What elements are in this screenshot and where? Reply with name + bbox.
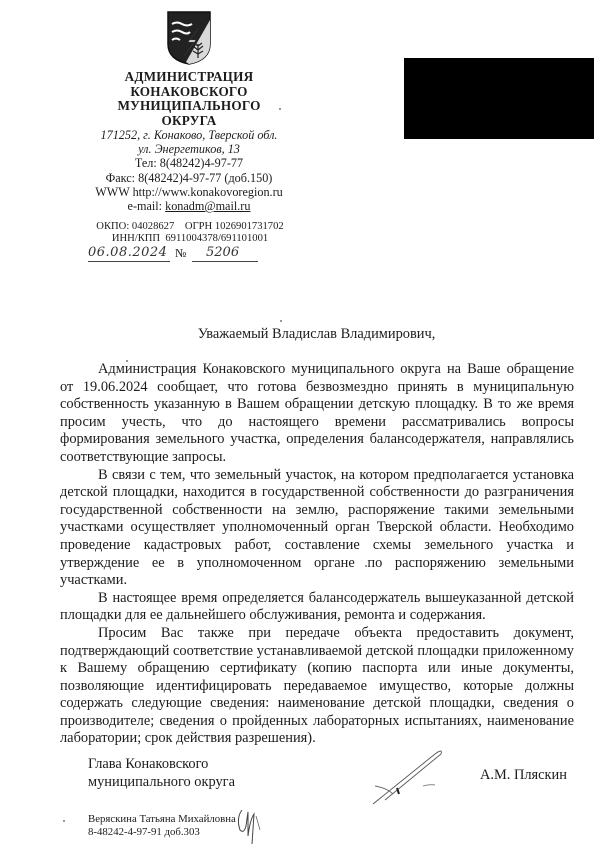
email-line: e-mail: konadm@mail.ru (74, 199, 304, 213)
scan-artifact (97, 580, 99, 582)
paragraph-4: Просим Вас также при передаче объекта пр… (60, 625, 574, 748)
scan-artifact (365, 565, 367, 567)
handwritten-signature-icon (365, 742, 485, 812)
scan-artifact (63, 820, 65, 822)
position-line-2: муниципального округа (88, 773, 235, 791)
executor-info: Веряскина Татьяна Михайловна 8-48242-4-9… (88, 813, 236, 838)
signatory-name: А.М. Пляскин (480, 767, 567, 784)
org-name-line-3: МУНИЦИПАЛЬНОГО (100, 99, 278, 114)
okpo-ogrn: ОКПО: 04028627 ОГРН 1026901731702 (82, 221, 298, 233)
executor-initials-icon (234, 800, 264, 848)
scan-artifact (280, 320, 282, 322)
position-line-1: Глава Конаковского (88, 755, 235, 773)
signatory-position: Глава Конаковского муниципального округа (88, 755, 235, 791)
organization-name: АДМИНИСТРАЦИЯ КОНАКОВСКОГО МУНИЦИПАЛЬНОГ… (100, 70, 278, 128)
email-link[interactable]: konadm@mail.ru (165, 199, 250, 213)
org-name-line-4: ОКРУГА (100, 114, 278, 129)
number-underline (192, 261, 258, 262)
scan-artifact (279, 108, 281, 110)
website: WWW http://www.konakovoregion.ru (74, 185, 304, 199)
paragraph-1: Администрация Конаковского муниципальног… (60, 361, 574, 467)
scan-artifact (126, 360, 128, 362)
org-name-line-2: КОНАКОВСКОГО (100, 85, 278, 100)
email-label: e-mail: (128, 199, 166, 213)
fax: Факс: 8(48242)4-97-77 (доб.150) (74, 171, 304, 185)
executor-phone: 8-48242-4-97-91 доб.303 (88, 826, 236, 839)
inn-kpp: ИНН/КПП 6911004378/691101001 (82, 233, 298, 245)
phone: Тел: 8(48242)4-97-77 (74, 156, 304, 170)
address-line-2: ул. Энергетиков, 13 (74, 142, 304, 156)
org-contacts: 171252, г. Конаково, Тверской обл. ул. Э… (74, 128, 304, 213)
executor-name: Веряскина Татьяна Михайловна (88, 813, 236, 826)
paragraph-2: В связи с тем, что земельный участок, на… (60, 467, 574, 590)
outgoing-date: 06.08.2024 (88, 245, 167, 260)
paragraph-3: В настоящее время определяется балансоде… (60, 590, 574, 625)
salutation: Уважаемый Владислав Владимирович, (60, 326, 573, 343)
letter-body: Администрация Конаковского муниципальног… (60, 361, 574, 748)
registration-codes: ОКПО: 04028627 ОГРН 1026901731702 ИНН/КП… (82, 221, 298, 246)
date-underline (88, 261, 170, 262)
address-line-1: 171252, г. Конаково, Тверской обл. (74, 128, 304, 142)
number-label: № (175, 246, 186, 261)
org-name-line-1: АДМИНИСТРАЦИЯ (100, 70, 278, 85)
outgoing-number: 5206 (206, 245, 239, 260)
outgoing-registration: 06.08.2024 № 5206 (88, 245, 268, 265)
redacted-recipient-block (404, 58, 594, 139)
coat-of-arms-icon (166, 10, 212, 66)
